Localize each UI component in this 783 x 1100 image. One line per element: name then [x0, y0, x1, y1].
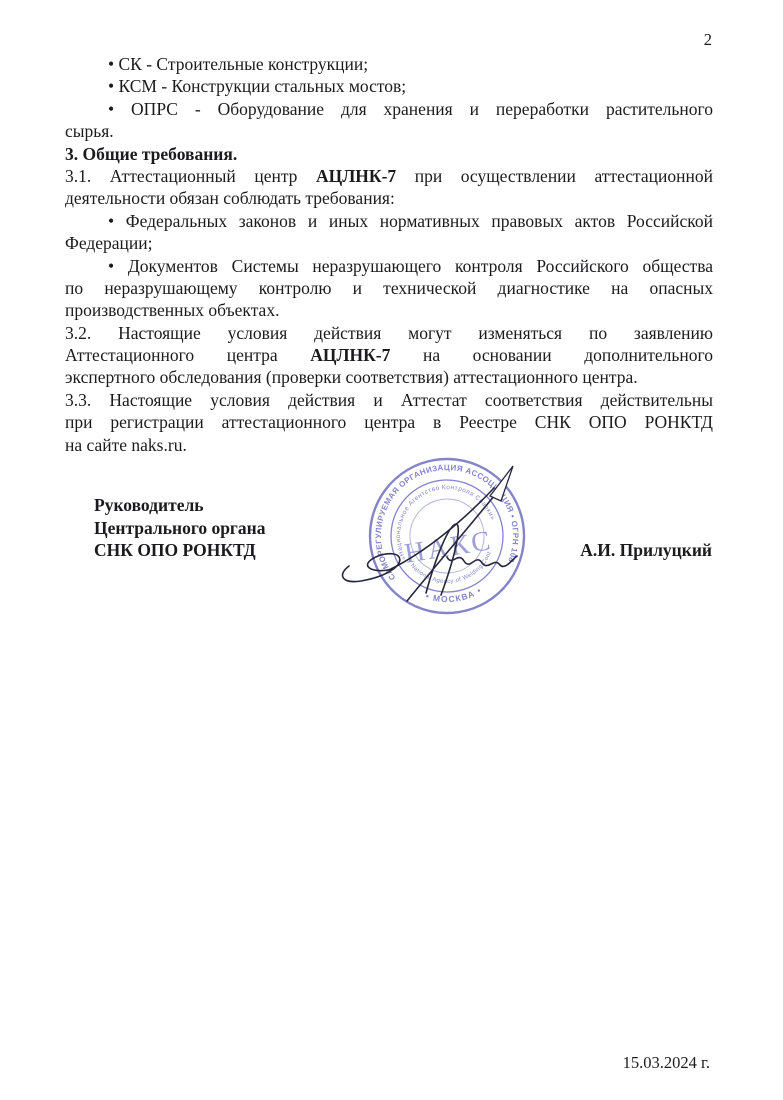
text-line: • Документов Системы неразрушающего конт… [65, 255, 713, 277]
text-segment: при регистрации аттестационного центра в… [65, 412, 713, 432]
text-segment: Федерации; [65, 233, 153, 253]
text-segment: на основании дополнительного [390, 345, 713, 365]
text-line: 3.1. Аттестационный центр АЦЛНК-7 при ос… [65, 165, 713, 187]
text-segment: 3.3. Настоящие условия действия и Аттест… [65, 390, 713, 410]
text-line: • ОПРС - Оборудование для хранения и пер… [65, 98, 713, 120]
text-segment: • Документов Системы неразрушающего конт… [108, 256, 713, 276]
center-code: АЦЛНК-7 [310, 345, 390, 365]
text-segment: на сайте naks.ru. [65, 435, 187, 455]
center-code: АЦЛНК-7 [316, 166, 396, 186]
text-segment: Аттестационного центра [65, 345, 310, 365]
stamp-bottom-text: • МОСКВА • [423, 582, 484, 608]
document-body: • СК - Строительные конструкции; • КСМ -… [65, 53, 713, 456]
text-line: • Федеральных законов и иных нормативных… [65, 210, 713, 232]
text-line: Аттестационного центра АЦЛНК-7 на основа… [65, 344, 713, 366]
text-segment: 3. Общие требования. [65, 144, 237, 164]
text-line: 3.2. Настоящие условия действия могут из… [65, 322, 713, 344]
signatory-title-block: Руководитель Центрального органа СНК ОПО… [94, 494, 265, 562]
text-line: при регистрации аттестационного центра в… [65, 411, 713, 433]
text-segment: деятельности обязан соблюдать требования… [65, 188, 395, 208]
signatory-title-line: Центрального органа [94, 517, 265, 540]
text-segment: • СК - Строительные конструкции; [108, 54, 368, 74]
text-segment: по неразрушающему контролю и технической… [65, 278, 713, 298]
page-number: 2 [704, 30, 712, 50]
text-segment: • ОПРС - Оборудование для хранения и пер… [108, 99, 713, 119]
text-line: производственных объектах. [65, 299, 713, 321]
naks-stamp: САМОРЕГУЛИРУЕМАЯ ОРГАНИЗАЦИЯ АССОЦИАЦИЯ … [325, 446, 580, 636]
text-segment: • Федеральных законов и иных нормативных… [108, 211, 713, 231]
text-line: сырья. [65, 120, 713, 142]
text-line: • КСМ - Конструкции стальных мостов; [65, 75, 713, 97]
text-line: Федерации; [65, 232, 713, 254]
text-segment: 3.2. Настоящие условия действия могут из… [65, 323, 713, 343]
text-line: 3.3. Настоящие условия действия и Аттест… [65, 389, 713, 411]
text-segment: сырья. [65, 121, 114, 141]
text-line: экспертного обследования (проверки соотв… [65, 366, 713, 388]
text-line: по неразрушающему контролю и технической… [65, 277, 713, 299]
footer-date: 15.03.2024 г. [623, 1053, 710, 1073]
text-segment: 3.1. Аттестационный центр [65, 166, 316, 186]
text-line: деятельности обязан соблюдать требования… [65, 187, 713, 209]
section-heading: 3. Общие требования. [65, 143, 713, 165]
text-segment: при осуществлении аттестационной [396, 166, 713, 186]
text-segment: экспертного обследования (проверки соотв… [65, 367, 638, 387]
signer-name: А.И. Прилуцкий [580, 540, 712, 561]
text-line: • СК - Строительные конструкции; [65, 53, 713, 75]
signatory-title-line: Руководитель [94, 494, 265, 517]
signatory-title-line: СНК ОПО РОНКТД [94, 539, 265, 562]
text-segment: • КСМ - Конструкции стальных мостов; [108, 76, 406, 96]
document-page: 2 • СК - Строительные конструкции; • КСМ… [0, 0, 783, 1100]
stamp-body: САМОРЕГУЛИРУЕМАЯ ОРГАНИЗАЦИЯ АССОЦИАЦИЯ … [325, 446, 535, 636]
text-segment: производственных объектах. [65, 300, 279, 320]
